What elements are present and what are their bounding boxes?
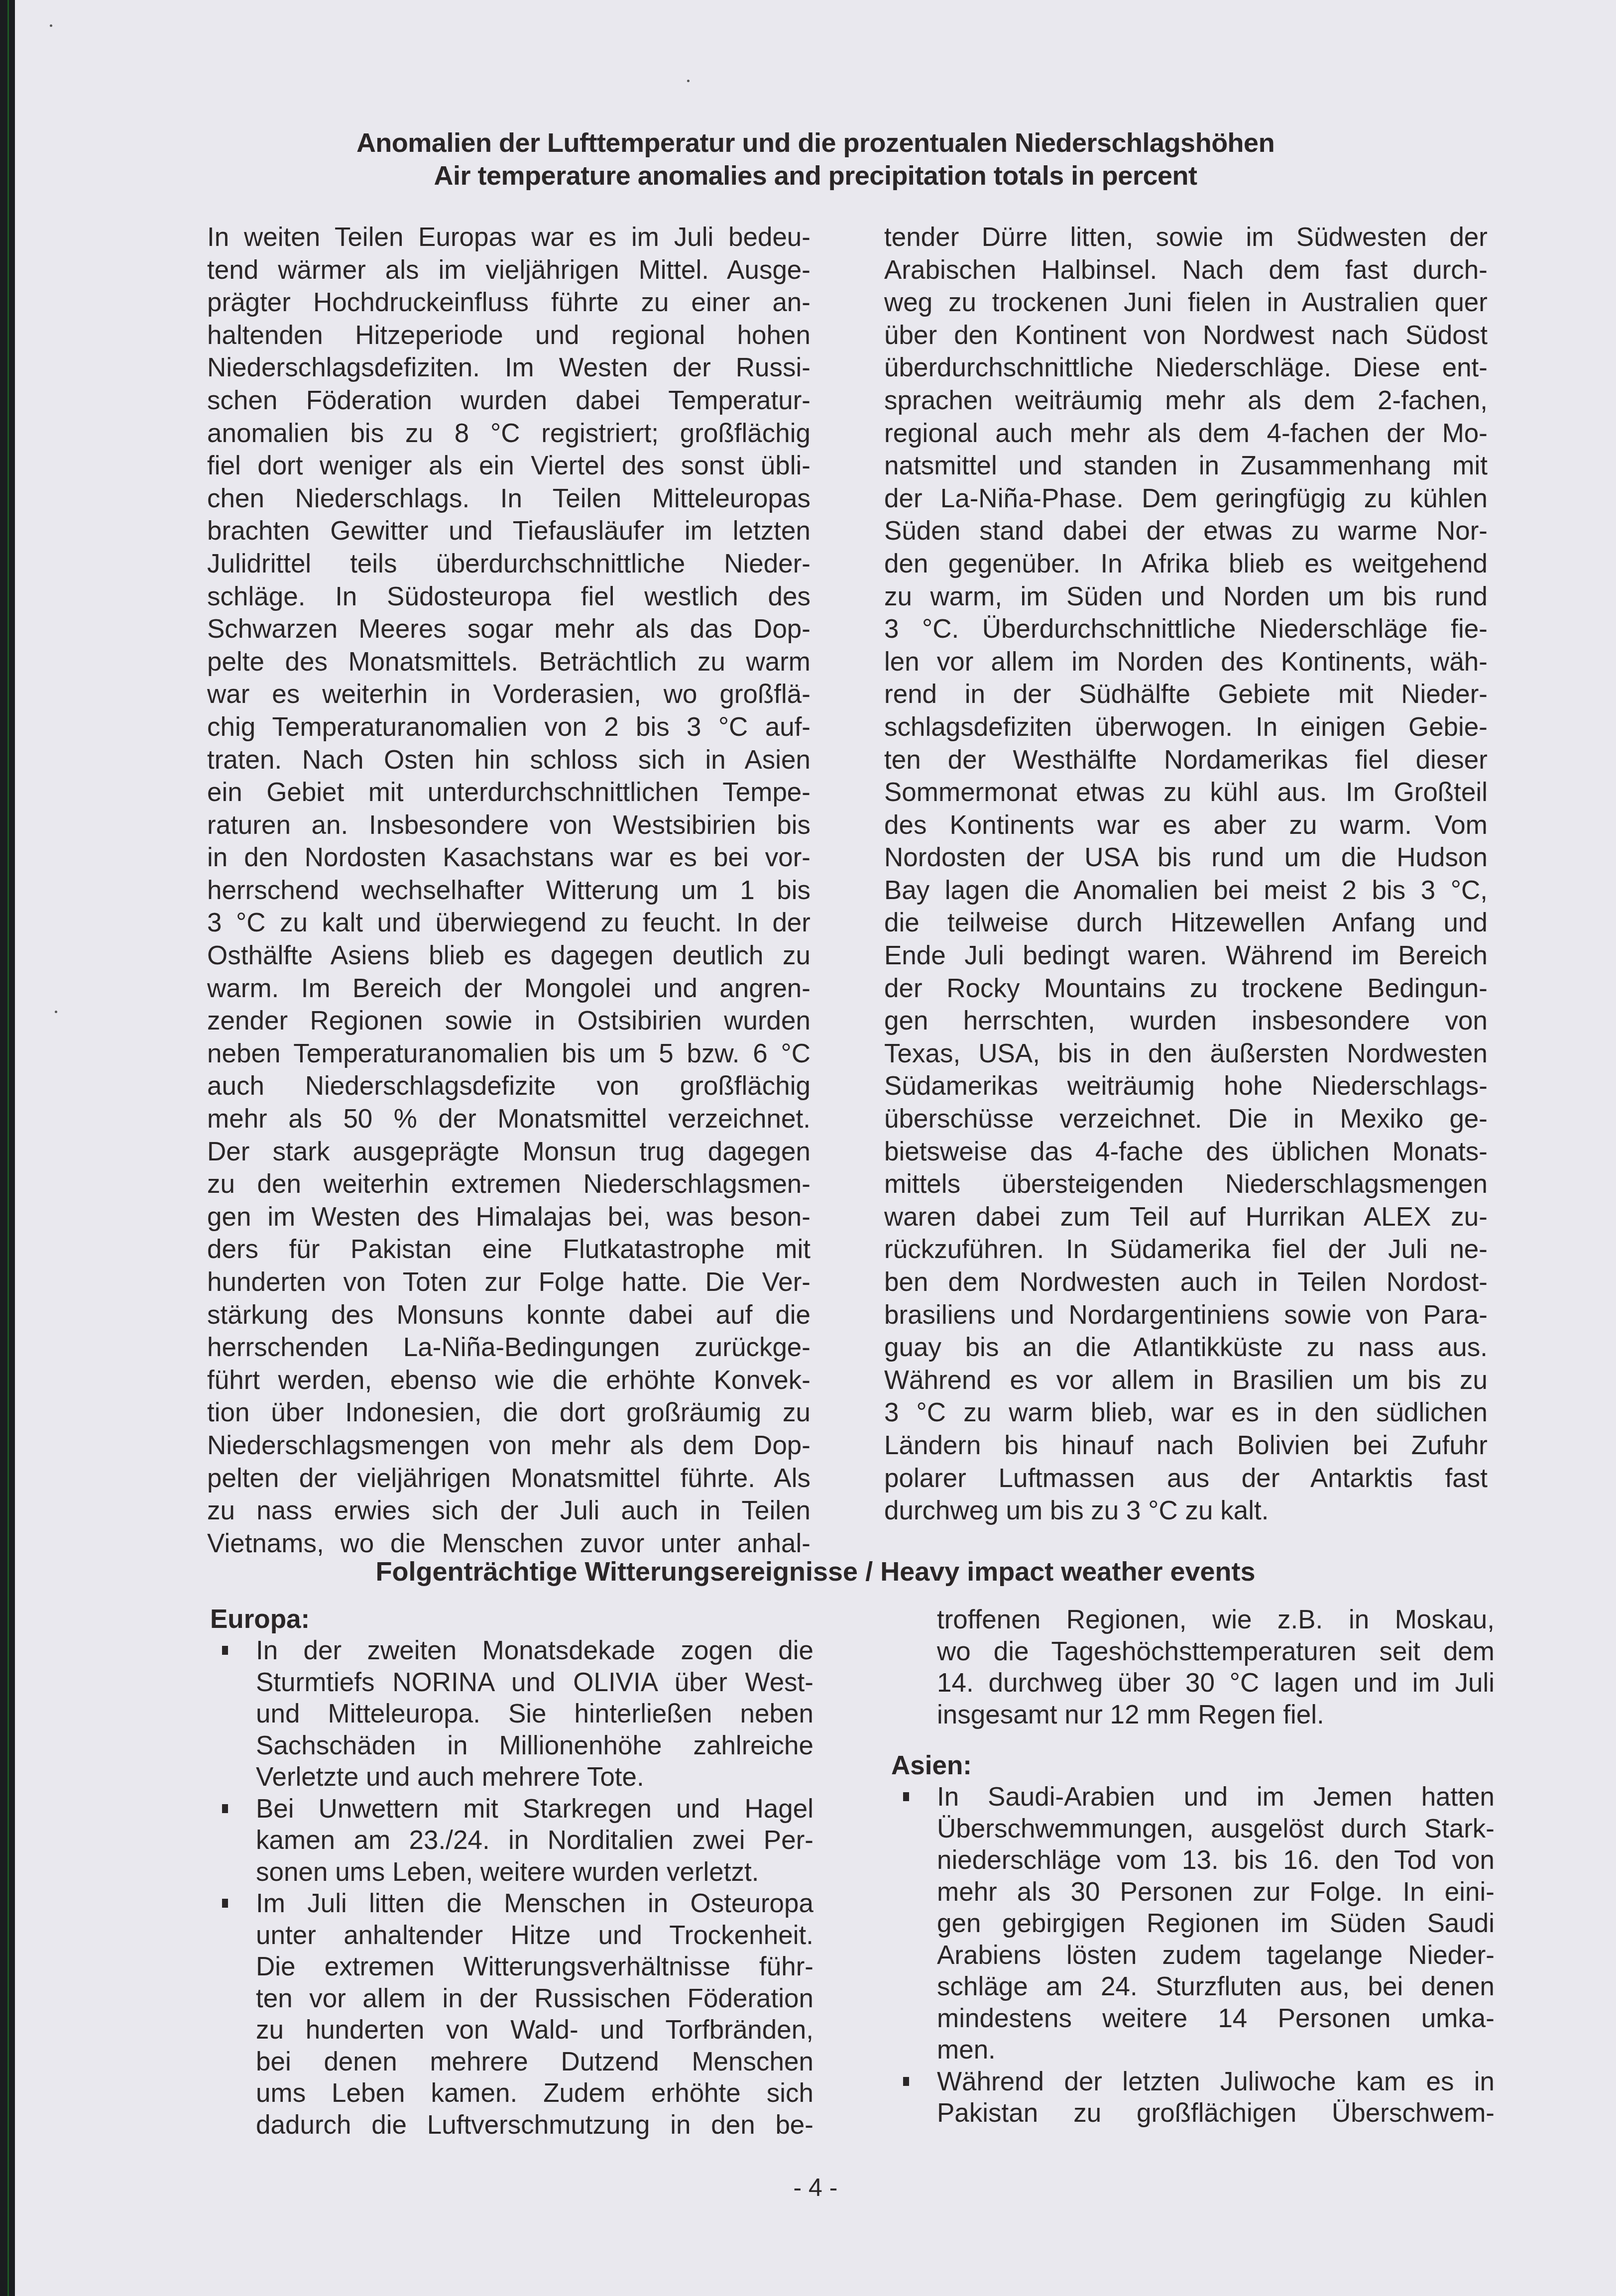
region-heading-europe: Europa: <box>210 1604 813 1635</box>
text-line: regional auch mehr als dem 4-fachen der … <box>884 417 1488 450</box>
text-line: natsmittel und standen in Zusammenhang m… <box>884 450 1488 482</box>
text-line: 3 °C zu warm blieb, war es in den südlic… <box>884 1396 1488 1429</box>
text-line: guay bis an die Atlantikküste zu nass au… <box>884 1331 1488 1364</box>
event-item: In der zweiten Monatsdekade zogen dieStu… <box>210 1635 813 1793</box>
text-line: Julidrittel teils überdurchschnittliche … <box>207 548 810 580</box>
events-section-title: Folgenträchtige Witterungsereignisse / H… <box>15 1555 1616 1588</box>
text-line: Sommermonat etwas zu kühl aus. Im Großte… <box>884 776 1488 809</box>
text-line: zender Regionen sowie in Ostsibirien wur… <box>207 1005 810 1037</box>
region-heading-asia: Asien: <box>891 1750 1495 1781</box>
text-line: zu warm, im Süden und Norden um bis rund <box>884 580 1488 613</box>
asia-event-list: In Saudi-Arabien und im Jemen hattenÜber… <box>891 1781 1495 2129</box>
text-line: Nordosten der USA bis rund um die Hudson <box>884 841 1488 874</box>
text-line: sonen ums Leben, weitere wurden verletzt… <box>256 1856 813 1888</box>
text-line: ten der Westhälfte Nordamerikas fiel die… <box>884 744 1488 777</box>
text-line: herrschenden La-Niña-Bedingungen zurückg… <box>207 1331 810 1364</box>
text-line: Osthälfte Asiens blieb es dagegen deutli… <box>207 939 810 972</box>
text-line: ben dem Nordwesten auch in Teilen Nordos… <box>884 1266 1488 1299</box>
text-line: Bay lagen die Anomalien bei meist 2 bis … <box>884 874 1488 907</box>
text-line: auch Niederschlagsdefizite von großfläch… <box>207 1070 810 1103</box>
text-line: Überschwemmungen, ausgelöst durch Stark- <box>937 1813 1495 1845</box>
text-line: Südamerikas weiträumig hohe Niederschlag… <box>884 1070 1488 1103</box>
text-line: In weiten Teilen Europas war es im Juli … <box>207 221 810 254</box>
text-line: insgesamt nur 12 mm Regen fiel. <box>937 1699 1495 1731</box>
text-line: Niederschlagsdefiziten. Im Westen der Ru… <box>207 351 810 384</box>
text-line: war es weiterhin in Vorderasien, wo groß… <box>207 678 810 711</box>
text-line: tend wärmer als im vieljährigen Mittel. … <box>207 254 810 287</box>
text-line: mehr als 30 Personen zur Folge. In eini- <box>937 1876 1495 1908</box>
text-line: 3 °C zu kalt und überwiegend zu feucht. … <box>207 907 810 939</box>
text-line: Ländern bis hinauf nach Bolivien bei Zuf… <box>884 1429 1488 1462</box>
text-line: der La-Niña-Phase. Dem geringfügig zu kü… <box>884 482 1488 515</box>
text-line: kamen am 23./24. in Norditalien zwei Per… <box>256 1825 813 1856</box>
text-line: Schwarzen Meeres sogar mehr als das Dop- <box>207 613 810 646</box>
text-line: niederschläge vom 13. bis 16. den Tod vo… <box>937 1844 1495 1876</box>
page-title-english: Air temperature anomalies and precipitat… <box>15 159 1616 192</box>
text-line: Verletzte und auch mehrere Tote. <box>256 1761 813 1793</box>
events-column-right: troffenen Regionen, wie z.B. in Moskau,w… <box>891 1604 1495 2129</box>
text-line: mindestens weitere 14 Personen umka- <box>937 2003 1495 2035</box>
text-line: chen Niederschlags. In Teilen Mitteleuro… <box>207 482 810 515</box>
text-line: in den Nordosten Kasachstans war es bei … <box>207 841 810 874</box>
text-line: schen Föderation wurden dabei Temperatur… <box>207 384 810 417</box>
text-line: pelte des Monatsmittels. Beträchtlich zu… <box>207 646 810 679</box>
document-page: Anomalien der Lufttemperatur und die pro… <box>15 0 1616 2296</box>
text-line: Texas, USA, bis in den äußersten Nordwes… <box>884 1037 1488 1070</box>
text-line: und Mitteleuropa. Sie hinterließen neben <box>256 1698 813 1730</box>
scan-speck <box>55 1011 57 1013</box>
text-line: raturen an. Insbesondere von Westsibirie… <box>207 809 810 842</box>
event-item: Während der letzten Juliwoche kam es inP… <box>891 2066 1495 2129</box>
europe-event-list: In der zweiten Monatsdekade zogen dieStu… <box>210 1635 813 2141</box>
text-line: wo die Tageshöchsttemperaturen seit dem <box>937 1636 1495 1668</box>
text-line: In Saudi-Arabien und im Jemen hatten <box>937 1781 1495 1813</box>
text-line: men. <box>937 2034 1495 2066</box>
text-line: ein Gebiet mit unterdurchschnittlichen T… <box>207 776 810 809</box>
bullet-square-icon <box>222 1646 228 1655</box>
scan-speck <box>50 24 52 27</box>
body-column-left: In weiten Teilen Europas war es im Juli … <box>207 221 810 1560</box>
text-line: anomalien bis zu 8 °C registriert; großf… <box>207 417 810 450</box>
text-line: weg zu trockenen Juni fielen in Australi… <box>884 286 1488 319</box>
text-line: führt werden, ebenso wie die erhöhte Kon… <box>207 1364 810 1397</box>
text-line: Ende Juli bedingt waren. Während im Bere… <box>884 939 1488 972</box>
text-line: Die extremen Witterungsverhältnisse führ… <box>256 1951 813 1983</box>
event-item: Im Juli litten die Menschen in Osteuropa… <box>210 1888 813 2141</box>
text-line: len vor allem im Norden des Kontinents, … <box>884 646 1488 679</box>
text-line: ders für Pakistan eine Flutkatastrophe m… <box>207 1233 810 1266</box>
text-line: Niederschlagsmengen von mehr als dem Dop… <box>207 1429 810 1462</box>
spacer <box>891 1730 1495 1750</box>
text-line: hunderten von Toten zur Folge hatte. Die… <box>207 1266 810 1299</box>
text-line: troffenen Regionen, wie z.B. in Moskau, <box>937 1604 1495 1636</box>
text-line: unter anhaltender Hitze und Trockenheit. <box>256 1920 813 1952</box>
text-line: des Kontinents war es aber zu warm. Vom <box>884 809 1488 842</box>
text-line: ums Leben kamen. Zudem erhöhte sich <box>256 2077 813 2109</box>
text-line: schläge. In Südosteuropa fiel westlich d… <box>207 580 810 613</box>
text-line: überdurchschnittliche Niederschläge. Die… <box>884 351 1488 384</box>
text-line: den gegenüber. In Afrika blieb es weitge… <box>884 548 1488 580</box>
text-line: zu nass erwies sich der Juli auch in Tei… <box>207 1494 810 1527</box>
text-line: fiel dort weniger als ein Viertel des so… <box>207 450 810 482</box>
text-line: neben Temperaturanomalien bis um 5 bzw. … <box>207 1037 810 1070</box>
text-line: Pakistan zu großflächigen Überschwem- <box>937 2097 1495 2129</box>
text-line: sprachen weiträumig mehr als dem 2-fache… <box>884 384 1488 417</box>
body-column-right: tender Dürre litten, sowie im Südwesten … <box>884 221 1488 1527</box>
scan-edge <box>0 0 15 2296</box>
event-item: In Saudi-Arabien und im Jemen hattenÜber… <box>891 1781 1495 2066</box>
text-line: Süden stand dabei der etwas zu warme Nor… <box>884 515 1488 548</box>
text-line: 14. durchweg über 30 °C lagen und im Jul… <box>937 1667 1495 1699</box>
text-line: In der zweiten Monatsdekade zogen die <box>256 1635 813 1667</box>
text-line: zu hunderten von Wald- und Torfbränden, <box>256 2014 813 2046</box>
text-line: Sachschäden in Millionenhöhe zahlreiche <box>256 1730 813 1762</box>
text-line: prägter Hochdruckeinfluss führte zu eine… <box>207 286 810 319</box>
text-line: überschüsse verzeichnet. Die in Mexiko g… <box>884 1103 1488 1136</box>
text-line: rückzuführen. In Südamerika fiel der Jul… <box>884 1233 1488 1266</box>
text-line: mittels übersteigenden Niederschlagsmeng… <box>884 1168 1488 1201</box>
text-line: dadurch die Luftverschmutzung in den be- <box>256 2109 813 2141</box>
bullet-square-icon <box>222 1804 228 1813</box>
bullet-square-icon <box>222 1899 228 1908</box>
text-line: waren dabei zum Teil auf Hurrikan ALEX z… <box>884 1201 1488 1234</box>
text-line: gen im Westen des Himalajas bei, was bes… <box>207 1201 810 1234</box>
event-item: Bei Unwettern mit Starkregen und Hagelka… <box>210 1793 813 1888</box>
text-line: tender Dürre litten, sowie im Südwesten … <box>884 221 1488 254</box>
text-line: pelten der vieljährigen Monatsmittel füh… <box>207 1462 810 1495</box>
scan-edge-line <box>7 0 9 2296</box>
bullet-square-icon <box>903 2077 909 2086</box>
events-column-left: Europa: In der zweiten Monatsdekade zoge… <box>210 1604 813 2141</box>
text-line: Der stark ausgeprägte Monsun trug dagege… <box>207 1136 810 1168</box>
text-line: gen herrschten, wurden insbesondere von <box>884 1005 1488 1037</box>
text-line: 3 °C. Überdurchschnittliche Niederschläg… <box>884 613 1488 646</box>
text-line: schlagsdefiziten überwogen. In einigen G… <box>884 711 1488 744</box>
text-line: schläge am 24. Sturzfluten aus, bei dene… <box>937 1971 1495 2003</box>
text-line: bietsweise das 4-fache des üblichen Mona… <box>884 1136 1488 1168</box>
text-line: tion über Indonesien, die dort großräumi… <box>207 1396 810 1429</box>
page-title-german: Anomalien der Lufttemperatur und die pro… <box>15 126 1616 159</box>
text-line: polarer Luftmassen aus der Antarktis fas… <box>884 1462 1488 1495</box>
text-line: die teilweise durch Hitzewellen Anfang u… <box>884 907 1488 939</box>
text-line: Arabischen Halbinsel. Nach dem fast durc… <box>884 254 1488 287</box>
page-number: - 4 - <box>15 2173 1616 2202</box>
text-line: rend in der Südhälfte Gebiete mit Nieder… <box>884 678 1488 711</box>
text-line: Während der letzten Juliwoche kam es in <box>937 2066 1495 2098</box>
text-line: herrschend wechselhafter Witterung um 1 … <box>207 874 810 907</box>
europe-event-continuation: troffenen Regionen, wie z.B. in Moskau,w… <box>891 1604 1495 1730</box>
text-line: der Rocky Mountains zu trockene Bedingun… <box>884 972 1488 1005</box>
text-line: haltenden Hitzeperiode und regional hohe… <box>207 319 810 352</box>
text-line: Bei Unwettern mit Starkregen und Hagel <box>256 1793 813 1825</box>
text-line: durchweg um bis zu 3 °C zu kalt. <box>884 1494 1488 1527</box>
text-line: brachten Gewitter und Tiefausläufer im l… <box>207 515 810 548</box>
scan-speck <box>687 80 690 82</box>
text-line: zu den weiterhin extremen Niederschlagsm… <box>207 1168 810 1201</box>
text-line: mehr als 50 % der Monatsmittel verzeichn… <box>207 1103 810 1136</box>
text-line: Im Juli litten die Menschen in Osteuropa <box>256 1888 813 1920</box>
text-line: ten vor allem in der Russischen Föderati… <box>256 1983 813 2015</box>
text-line: Während es vor allem in Brasilien um bis… <box>884 1364 1488 1397</box>
text-line: Arabiens lösten zudem tagelange Nieder- <box>937 1940 1495 1971</box>
text-line: traten. Nach Osten hin schloss sich in A… <box>207 744 810 777</box>
text-line: über den Kontinent von Nordwest nach Süd… <box>884 319 1488 352</box>
text-line: warm. Im Bereich der Mongolei und angren… <box>207 972 810 1005</box>
text-line: Sturmtiefs NORINA und OLIVIA über West- <box>256 1667 813 1699</box>
text-line: stärkung des Monsuns konnte dabei auf di… <box>207 1299 810 1332</box>
bullet-square-icon <box>903 1792 909 1801</box>
text-line: chig Temperaturanomalien von 2 bis 3 °C … <box>207 711 810 744</box>
text-line: brasiliens und Nordargentiniens sowie vo… <box>884 1299 1488 1332</box>
text-line: bei denen mehrere Dutzend Menschen <box>256 2046 813 2078</box>
text-line: gen gebirgigen Regionen im Süden Saudi <box>937 1908 1495 1940</box>
